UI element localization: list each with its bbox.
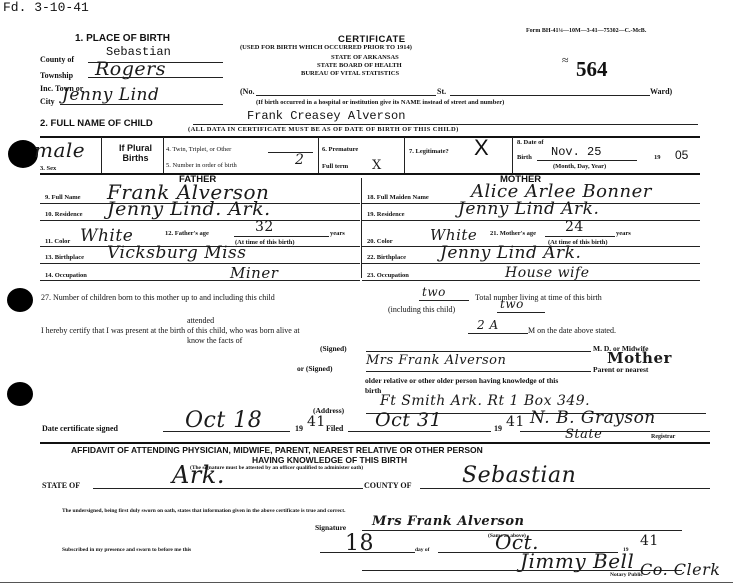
punch-hole-bottom xyxy=(7,382,33,406)
affidavit-county-value: Sebastian xyxy=(462,463,576,488)
date-format-note: (Month, Day, Year) xyxy=(553,163,606,170)
mother-age-underline xyxy=(545,236,615,237)
city-value: Jenny Lind xyxy=(62,85,159,105)
day-underline xyxy=(320,552,415,553)
date-of-label: 8. Date of xyxy=(517,139,544,146)
parent-signature: Mrs Frank Alverson xyxy=(366,353,506,368)
affidavit-county-underline xyxy=(420,488,710,489)
col-divider-4 xyxy=(404,137,405,173)
father-age-value: 32 xyxy=(255,219,274,235)
year-signed-prefix: 19 xyxy=(295,424,303,433)
birth-year-value: 05 xyxy=(675,148,688,162)
col-divider-5 xyxy=(512,137,513,173)
certificate-number: 564 xyxy=(576,57,608,82)
mother-birthplace-label: 22. Birthplace xyxy=(367,254,406,261)
birth-year-prefix: 19 xyxy=(654,154,661,161)
notary-underline xyxy=(362,570,682,571)
st-label: St. xyxy=(437,87,446,96)
birth-time-underline xyxy=(468,333,528,334)
ward-label: Ward) xyxy=(650,87,672,96)
form-number: Form BH-41¼—10M—3-41—75302—C.-McB. xyxy=(526,28,646,34)
birth-time-value: 2 A xyxy=(477,318,499,332)
mother-row-2 xyxy=(362,220,700,221)
col-divider-1 xyxy=(101,137,102,173)
no-underline xyxy=(256,95,436,96)
state-name: STATE OF ARKANSAS xyxy=(331,54,399,61)
county-value: Sebastian xyxy=(106,45,171,59)
affidavit-heading-1: AFFIDAVIT OF ATTENDING PHYSICIAN, MIDWIF… xyxy=(71,445,483,455)
children-living-sub: (including this child) xyxy=(388,305,455,314)
subscribed-label: Subscribed in my presence and sworn to b… xyxy=(62,547,191,553)
mother-residence-value: Jenny Lind Ark. xyxy=(458,199,599,219)
full-term-label: Full term xyxy=(322,163,348,170)
mother-occupation-value: House wife xyxy=(505,265,590,281)
mother-color-value: White xyxy=(430,226,477,244)
affidavit-county-label: COUNTY OF xyxy=(364,481,411,490)
relative-note: older relative or other older person hav… xyxy=(365,376,558,385)
birth-label: Birth xyxy=(517,154,532,161)
father-residence-label: 10. Residence xyxy=(45,211,83,218)
order-value: 2 xyxy=(295,152,304,168)
signed-underline xyxy=(366,351,591,352)
birth-word: birth xyxy=(365,386,381,395)
plural-births-label: If Plural Births xyxy=(108,143,163,163)
bureau-name: BUREAU OF VITAL STATISTICS xyxy=(301,70,399,77)
children-born-underline xyxy=(419,300,469,301)
city-underline xyxy=(60,104,223,105)
father-birthplace-value: Vicksburg Miss xyxy=(107,243,247,263)
notary-label: Notary Public xyxy=(610,572,643,578)
mother-occupation-label: 23. Occupation xyxy=(367,272,409,279)
sex-value: male xyxy=(34,138,85,162)
registrar-name: N. B. Grayson xyxy=(530,408,656,428)
place-of-birth-heading: 1. PLACE OF BIRTH xyxy=(75,33,170,44)
child-name-underline xyxy=(193,124,698,125)
certify-line: I hereby certify that I was present at t… xyxy=(41,326,300,335)
mother-color-label: 20. Color xyxy=(367,238,393,245)
address-value: Ft Smith Ark. Rt 1 Box 349. xyxy=(380,393,590,409)
mother-row-5 xyxy=(362,280,700,281)
mother-age-value: 24 xyxy=(565,219,584,235)
affidavit-divider xyxy=(40,442,710,444)
father-row-2 xyxy=(40,220,360,221)
certificate-subtitle: (USED FOR BIRTH WHICH OCCURRED PRIOR TO … xyxy=(240,44,412,51)
st-underline xyxy=(450,95,650,96)
row-divider-top xyxy=(40,136,700,138)
year-filed-value: 41 xyxy=(506,414,525,430)
mother-residence-label: 19. Residence xyxy=(367,211,405,218)
or-signed-label: or (Signed) xyxy=(297,364,333,373)
twin-underline xyxy=(268,152,313,153)
children-living-label: Total number living at time of this birt… xyxy=(475,293,602,302)
signature-label: Signature xyxy=(315,523,346,532)
day-label: day of xyxy=(415,547,430,553)
child-name-label: 2. FULL NAME OF CHILD xyxy=(40,118,153,129)
mother-maiden-name-label: 18. Full Maiden Name xyxy=(367,194,429,201)
twin-label: 4. Twin, Triplet, or Other xyxy=(166,146,231,153)
date-signed-underline xyxy=(163,431,290,432)
parent-label: Parent or nearest xyxy=(593,365,648,374)
or-signed-underline xyxy=(366,371,591,372)
row-divider-bottom xyxy=(40,173,700,175)
punch-hole-middle xyxy=(7,288,33,312)
children-living-value: two xyxy=(500,297,524,311)
township-underline xyxy=(88,77,223,78)
father-residence-value: Jenny Lind. Ark. xyxy=(107,198,271,220)
legitimate-label: 7. Legitimate? xyxy=(409,148,449,155)
date-signed-label: Date certificate signed xyxy=(42,424,118,433)
notary-title: Co. Clerk xyxy=(640,560,720,579)
year-signed-value: 41 xyxy=(307,414,326,430)
certificate-number-mark: ≈ xyxy=(562,53,569,68)
mother-age-label: 21. Mother's age xyxy=(490,230,536,237)
father-age-label: 12. Father's age xyxy=(165,230,209,237)
registrar-title: State xyxy=(565,427,602,442)
year-filed-prefix: 19 xyxy=(494,424,502,433)
no-label: (No. xyxy=(240,87,254,96)
affidavit-signature: Mrs Frank Alverson xyxy=(372,514,524,529)
bottom-border xyxy=(0,582,733,583)
full-term-value: X xyxy=(372,158,382,173)
filed-date-underline xyxy=(348,431,491,432)
city-label: City xyxy=(40,97,55,106)
filed-label: Filed xyxy=(326,424,343,433)
township-label: Township xyxy=(40,71,73,80)
sex-label: 3. Sex xyxy=(40,165,56,172)
col-divider-3 xyxy=(318,137,319,173)
registrar-label: Registrar xyxy=(651,434,675,440)
mother-row-4 xyxy=(362,263,700,264)
date-signed-value: Oct 18 xyxy=(185,408,262,433)
attended-option: attended xyxy=(187,316,214,325)
birth-time-suffix: M on the date above stated. xyxy=(528,326,616,335)
col-divider-2 xyxy=(163,137,164,173)
father-birthplace-label: 13. Birthplace xyxy=(45,254,84,261)
father-name-label: 9. Full Name xyxy=(45,194,81,201)
affidavit-state-underline xyxy=(93,488,363,489)
mother-birthplace-value: Jenny Lind Ark. xyxy=(440,243,581,263)
father-occupation-label: 14. Occupation xyxy=(45,272,87,279)
board-name: STATE BOARD OF HEALTH xyxy=(317,62,402,69)
children-born-label: 27. Number of children born to this moth… xyxy=(41,293,275,302)
legitimate-value: X xyxy=(474,135,489,161)
signed-label: (Signed) xyxy=(320,344,347,353)
oath-text: The undersigned, being first duly sworn … xyxy=(62,508,345,514)
order-label: 5. Number in order of birth xyxy=(166,162,237,169)
affidavit-state-value: Ark. xyxy=(172,461,225,489)
mother-age-unit: years xyxy=(616,230,631,237)
hospital-note: (If birth occurred in a hospital or inst… xyxy=(256,99,504,106)
filed-note: Fd. 3-10-41 xyxy=(3,0,89,15)
father-age-underline xyxy=(234,236,329,237)
filed-date-value: Oct 31 xyxy=(375,409,442,431)
premature-label: 6. Premature xyxy=(322,146,358,153)
birth-date-underline xyxy=(537,160,637,161)
know-facts-option: know the facts of xyxy=(187,336,242,345)
father-row-4 xyxy=(40,263,360,264)
father-color-label: 11. Color xyxy=(45,238,70,245)
affidavit-state-label: STATE OF xyxy=(42,481,80,490)
child-name-value: Frank Creasey Alverson xyxy=(247,109,405,123)
affidavit-heading-2: HAVING KNOWLEDGE OF THIS BIRTH xyxy=(252,455,407,465)
affidavit-year-value: 41 xyxy=(640,533,659,549)
registrar-underline xyxy=(520,431,710,432)
father-row-5 xyxy=(40,280,360,281)
birth-date-value: Nov. 25 xyxy=(551,145,601,159)
children-living-underline xyxy=(497,312,545,313)
children-born-value: two xyxy=(422,285,446,299)
county-label: County of xyxy=(40,55,74,64)
data-note: (ALL DATA IN CERTIFICATE MUST BE AS OF D… xyxy=(188,126,459,133)
father-age-unit: years xyxy=(330,230,345,237)
